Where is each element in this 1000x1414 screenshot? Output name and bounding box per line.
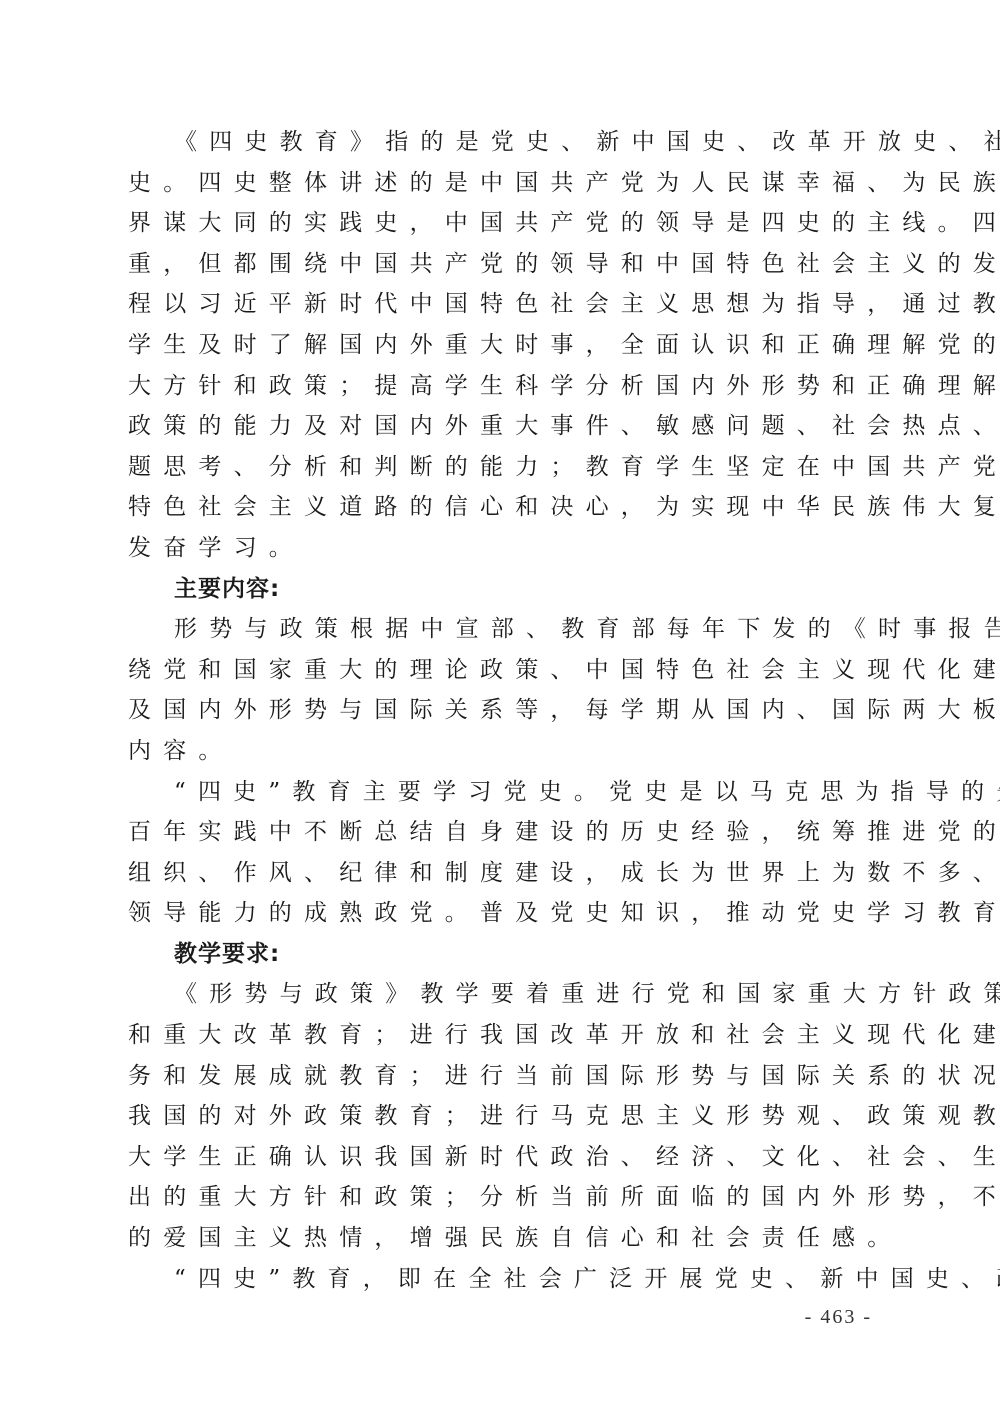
page-number: - 463 -: [805, 1306, 872, 1329]
text-line: “四史”教育，即在全社会广泛开展党史、新中国史、改革开放史、: [128, 1259, 874, 1300]
text-line: 和重大改革教育；进行我国改革开放和社会主义现代化建设的形势、任: [128, 1015, 874, 1056]
text-line: 发奋学习。: [128, 528, 874, 569]
document-page: 《四史教育》指的是党史、新中国史、改革开放史、社会主义发展 史。四史整体讲述的是…: [128, 122, 874, 1299]
text-line: 及国内外形势与国际关系等，每学期从国内、国际两大板块中确定教学: [128, 690, 874, 731]
text-line: 题思考、分析和判断的能力；教育学生坚定在中国共产党领导下走中国: [128, 447, 874, 488]
text-line: 务和发展成就教育；进行当前国际形势与国际关系的状况、发展趋势和: [128, 1056, 874, 1097]
text-line: 《四史教育》指的是党史、新中国史、改革开放史、社会主义发展: [128, 122, 874, 163]
section-heading-teaching-requirements: 教学要求:: [128, 934, 874, 975]
text-line: 界谋大同的实践史，中国共产党的领导是四史的主线。四史内容各有侧: [128, 203, 874, 244]
text-line: 特色社会主义道路的信心和决心，为实现中华民族伟大复兴的中国梦而: [128, 487, 874, 528]
text-line: 程以习近平新时代中国特色社会主义思想为指导，通过教学引导和帮助: [128, 284, 874, 325]
text-line: 出的重大方针和政策；分析当前所面临的国内外形势，不断激发大学生: [128, 1177, 874, 1218]
text-line: 内容。: [128, 731, 874, 772]
text-line: 政策的能力及对国内外重大事件、敏感问题、社会热点、难点、疑点问: [128, 406, 874, 447]
text-line: “四史”教育主要学习党史。党史是以马克思为指导的先进政党，在: [128, 772, 874, 813]
text-line: 组织、作风、纪律和制度建设，成长为世界上为数不多、具有强大政治: [128, 853, 874, 894]
text-line: 大学生正确认识我国新时代政治、经济、文化、社会、生态文明发展做: [128, 1137, 874, 1178]
paragraph-teaching-requirements: 《形势与政策》教学要着重进行党和国家重大方针政策、重大活动 和重大改革教育；进行…: [128, 974, 874, 1258]
text-line: 的爱国主义热情，增强民族自信心和社会责任感。: [128, 1218, 874, 1259]
text-line: 《形势与政策》教学要着重进行党和国家重大方针政策、重大活动: [128, 974, 874, 1015]
paragraph-main-content: 形势与政策根据中宣部、教育部每年下发的《时事报告》，紧紧围 绕党和国家重大的理论…: [128, 609, 874, 771]
paragraph-four-histories: “四史”教育主要学习党史。党史是以马克思为指导的先进政党，在 百年实践中不断总结…: [128, 772, 874, 934]
text-line: 我国的对外政策教育；进行马克思主义形势观、政策观教育，从而帮助: [128, 1096, 874, 1137]
section-heading-main-content: 主要内容:: [128, 569, 874, 610]
text-line: 大方针和政策；提高学生科学分析国内外形势和正确理解党的路线方针: [128, 366, 874, 407]
text-line: 学生及时了解国内外重大时事，全面认识和正确理解党的基本路线、重: [128, 325, 874, 366]
text-line: 重，但都围绕中国共产党的领导和中国特色社会主义的发展展开。本课: [128, 244, 874, 285]
paragraph-four-histories-education: “四史”教育，即在全社会广泛开展党史、新中国史、改革开放史、: [128, 1259, 874, 1300]
text-line: 形势与政策根据中宣部、教育部每年下发的《时事报告》，紧紧围: [128, 609, 874, 650]
text-line: 绕党和国家重大的理论政策、中国特色社会主义现代化建设的伟大成就: [128, 650, 874, 691]
text-line: 百年实践中不断总结自身建设的历史经验，统筹推进党的政治、思想、: [128, 812, 874, 853]
text-line: 领导能力的成熟政党。普及党史知识，推动党史学习教育深入人心。: [128, 893, 874, 934]
text-line: 史。四史整体讲述的是中国共产党为人民谋幸福、为民族谋复兴、为世: [128, 163, 874, 204]
paragraph-intro: 《四史教育》指的是党史、新中国史、改革开放史、社会主义发展 史。四史整体讲述的是…: [128, 122, 874, 569]
